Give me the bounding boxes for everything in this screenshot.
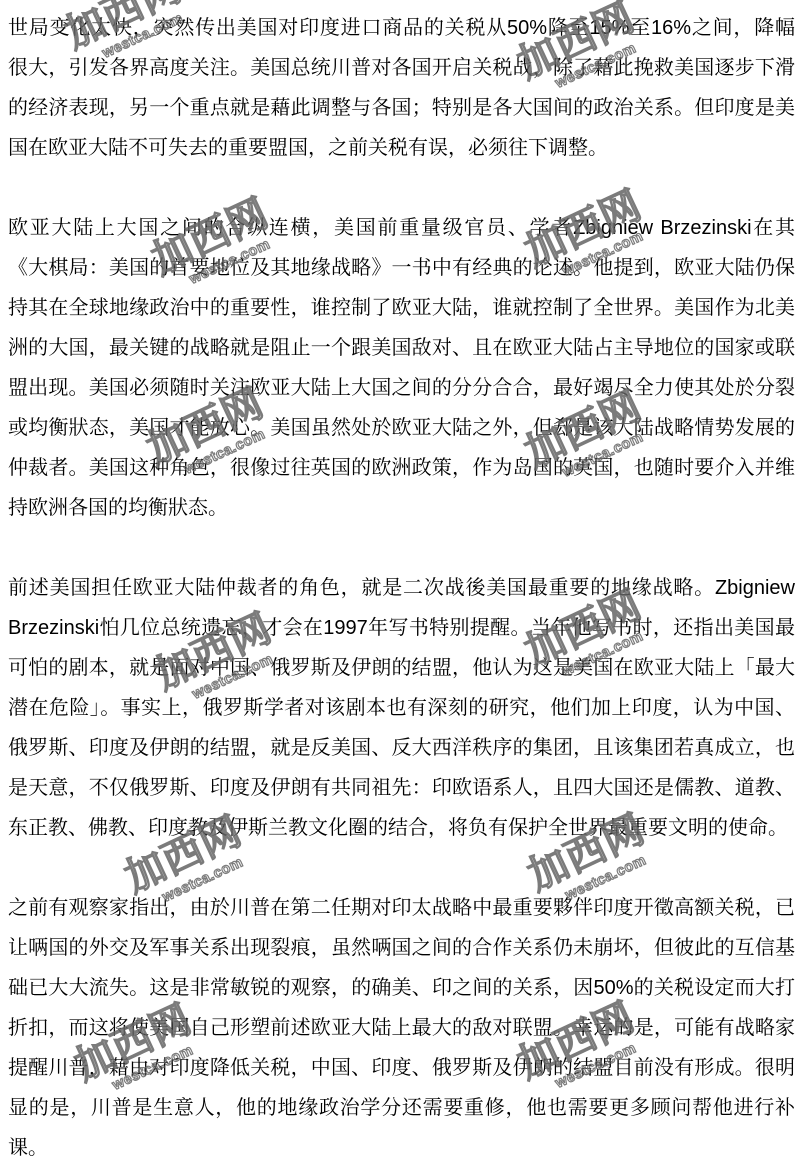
paragraph: 前述美国担任欧亚大陆仲裁者的角色，就是二次战後美国最重要的地缘战略。Zbigni…: [8, 568, 795, 848]
text-line: 持欧洲各国的均衡狀态。: [8, 488, 795, 528]
text-line: 让唡国的外交及军事关系出现裂痕，虽然唡国之间的合作关系仍未崩坏，但彼此的互信基: [8, 928, 795, 968]
article-page: { "colors": { "background": "#ffffff", "…: [0, 0, 800, 1176]
text-line: 仲裁者。美国这种角色，很像过往英国的欧洲政策，作为岛国的英国，也随时要介入并维: [8, 448, 795, 488]
text-line: 可怕的剧本，就是面对中国、俄罗斯及伊朗的结盟，他认为这是美国在欧亚大陆上「最大: [8, 648, 795, 688]
paragraph: 欧亚大陆上大国之间的合纵连横，美国前重量级官员、学者Zbigniew Brzez…: [8, 208, 795, 528]
text-line: 世局变化太快，突然传出美国对印度进口商品的关税从50%降至15%至16%之间，降…: [8, 8, 795, 48]
paragraph: 之前有观察家指出，由於川普在第二任期对印太战略中最重要夥伴印度开徵高额关税，已让…: [8, 888, 795, 1168]
text-line: 显的是，川普是生意人，他的地缘政治学分还需要重修，他也需要更多顾问帮他进行补: [8, 1088, 795, 1128]
text-line: 折扣，而这将使美国自己形塑前述欧亚大陆上最大的敌对联盟。幸运的是，可能有战略家: [8, 1008, 795, 1048]
text-line: 课。: [8, 1128, 795, 1168]
text-line: 是天意，不仅俄罗斯、印度及伊朗有共同祖先：印欧语系人，且四大国还是儒教、道教、: [8, 768, 795, 808]
text-line: Brzezinski怕几位总统遗忘，才会在1997年写书特别提醒。当年他写书时，…: [8, 608, 795, 648]
article: 世局变化太快，突然传出美国对印度进口商品的关税从50%降至15%至16%之间，降…: [8, 8, 795, 1168]
text-line: 《大棋局：美国的首要地位及其地缘战略》一书中有经典的论述。他提到，欧亚大陆仍保: [8, 248, 795, 288]
text-line: 提醒川普，藉由对印度降低关税，中国、印度、俄罗斯及伊朗的结盟目前没有形成。很明: [8, 1048, 795, 1088]
text-line: 或均衡狀态，美国才能放心。美国虽然处於欧亚大陆之外，但郄是该大陆战略情势发展的: [8, 408, 795, 448]
page-background: 世局变化太快，突然传出美国对印度进口商品的关税从50%降至15%至16%之间，降…: [0, 0, 800, 1176]
text-line: 之前有观察家指出，由於川普在第二任期对印太战略中最重要夥伴印度开徵高额关税，已: [8, 888, 795, 928]
text-line: 的经济表现，另一个重点就是藉此调整与各国；特别是各大国间的政治关系。但印度是美: [8, 88, 795, 128]
text-line: 欧亚大陆上大国之间的合纵连横，美国前重量级官员、学者Zbigniew Brzez…: [8, 208, 795, 248]
text-line: 很大，引发各界高度关注。美国总统川普对各国开启关税战，除了藉此挽救美国逐步下滑: [8, 48, 795, 88]
text-line: 盟出现。美国必须随时关注欧亚大陆上大国之间的分分合合，最好竭尽全力使其处於分裂: [8, 368, 795, 408]
text-line: 潜在危险」。事实上，俄罗斯学者对该剧本也有深刻的研究，他们加上印度，认为中国、: [8, 688, 795, 728]
text-line: 东正教、佛教、印度教及伊斯兰教文化圈的结合，将负有保护全世界最重要文明的使命。: [8, 808, 795, 848]
text-line: 持其在全球地缘政治中的重要性，谁控制了欧亚大陆，谁就控制了全世界。美国作为北美: [8, 288, 795, 328]
text-line: 础已大大流失。这是非常敏锐的观察，的确美、印之间的关系，因50%的关税设定而大打: [8, 968, 795, 1008]
text-line: 前述美国担任欧亚大陆仲裁者的角色，就是二次战後美国最重要的地缘战略。Zbigni…: [8, 568, 795, 608]
paragraph: 世局变化太快，突然传出美国对印度进口商品的关税从50%降至15%至16%之间，降…: [8, 8, 795, 168]
text-line: 洲的大国，最关键的战略就是阻止一个跟美国敌对、且在欧亚大陆占主导地位的国家或联: [8, 328, 795, 368]
text-line: 俄罗斯、印度及伊朗的结盟，就是反美国、反大西洋秩序的集团，且该集团若真成立，也: [8, 728, 795, 768]
text-line: 国在欧亚大陆不可失去的重要盟国，之前关税有误，必须往下调整。: [8, 128, 795, 168]
